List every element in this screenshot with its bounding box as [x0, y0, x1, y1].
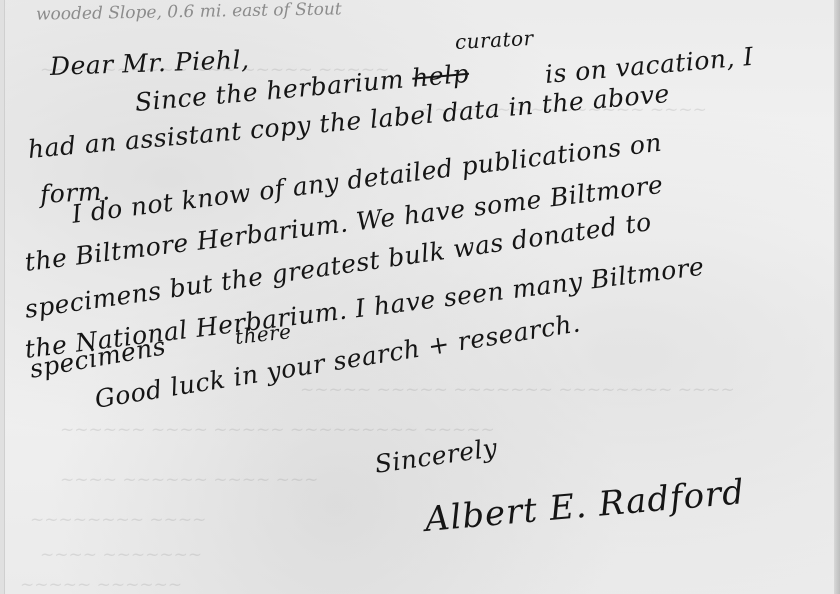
struck-word: help [411, 59, 470, 93]
bleed-through-text: ~~~~~ ~~~~~~ [20, 575, 182, 594]
header-note: wooded Slope, 0.6 mi. east of Stout [36, 0, 342, 25]
page-left-edge [0, 0, 5, 594]
inserted-word-there: there [234, 319, 293, 349]
page-right-edge [834, 0, 840, 594]
bleed-through-text: ~~~~ ~~~~~~~ [40, 545, 202, 565]
bleed-through-text: ~~~~~~~~ ~~~~ [30, 510, 206, 530]
bleed-through-text: ~~~~~~ ~~~~ ~~~~~ ~~~~~~~~~ ~~~~~ [60, 420, 495, 440]
signature: Albert E. Radford [423, 472, 746, 540]
inserted-word-curator: curator [454, 26, 534, 54]
bleed-through-text: ~~~~~ ~~~~~ ~~~~~~~ ~~~~~~~~ ~~~~ [300, 380, 735, 400]
bleed-through-text: ~~~~ ~~~~~~ ~~~~ ~~~ [60, 470, 318, 490]
letter-page: ~~~~ ~~~~~~ ~~~ ~~~~~ ~~~~~ ~~ ~~~~~ ~~~… [0, 0, 840, 594]
